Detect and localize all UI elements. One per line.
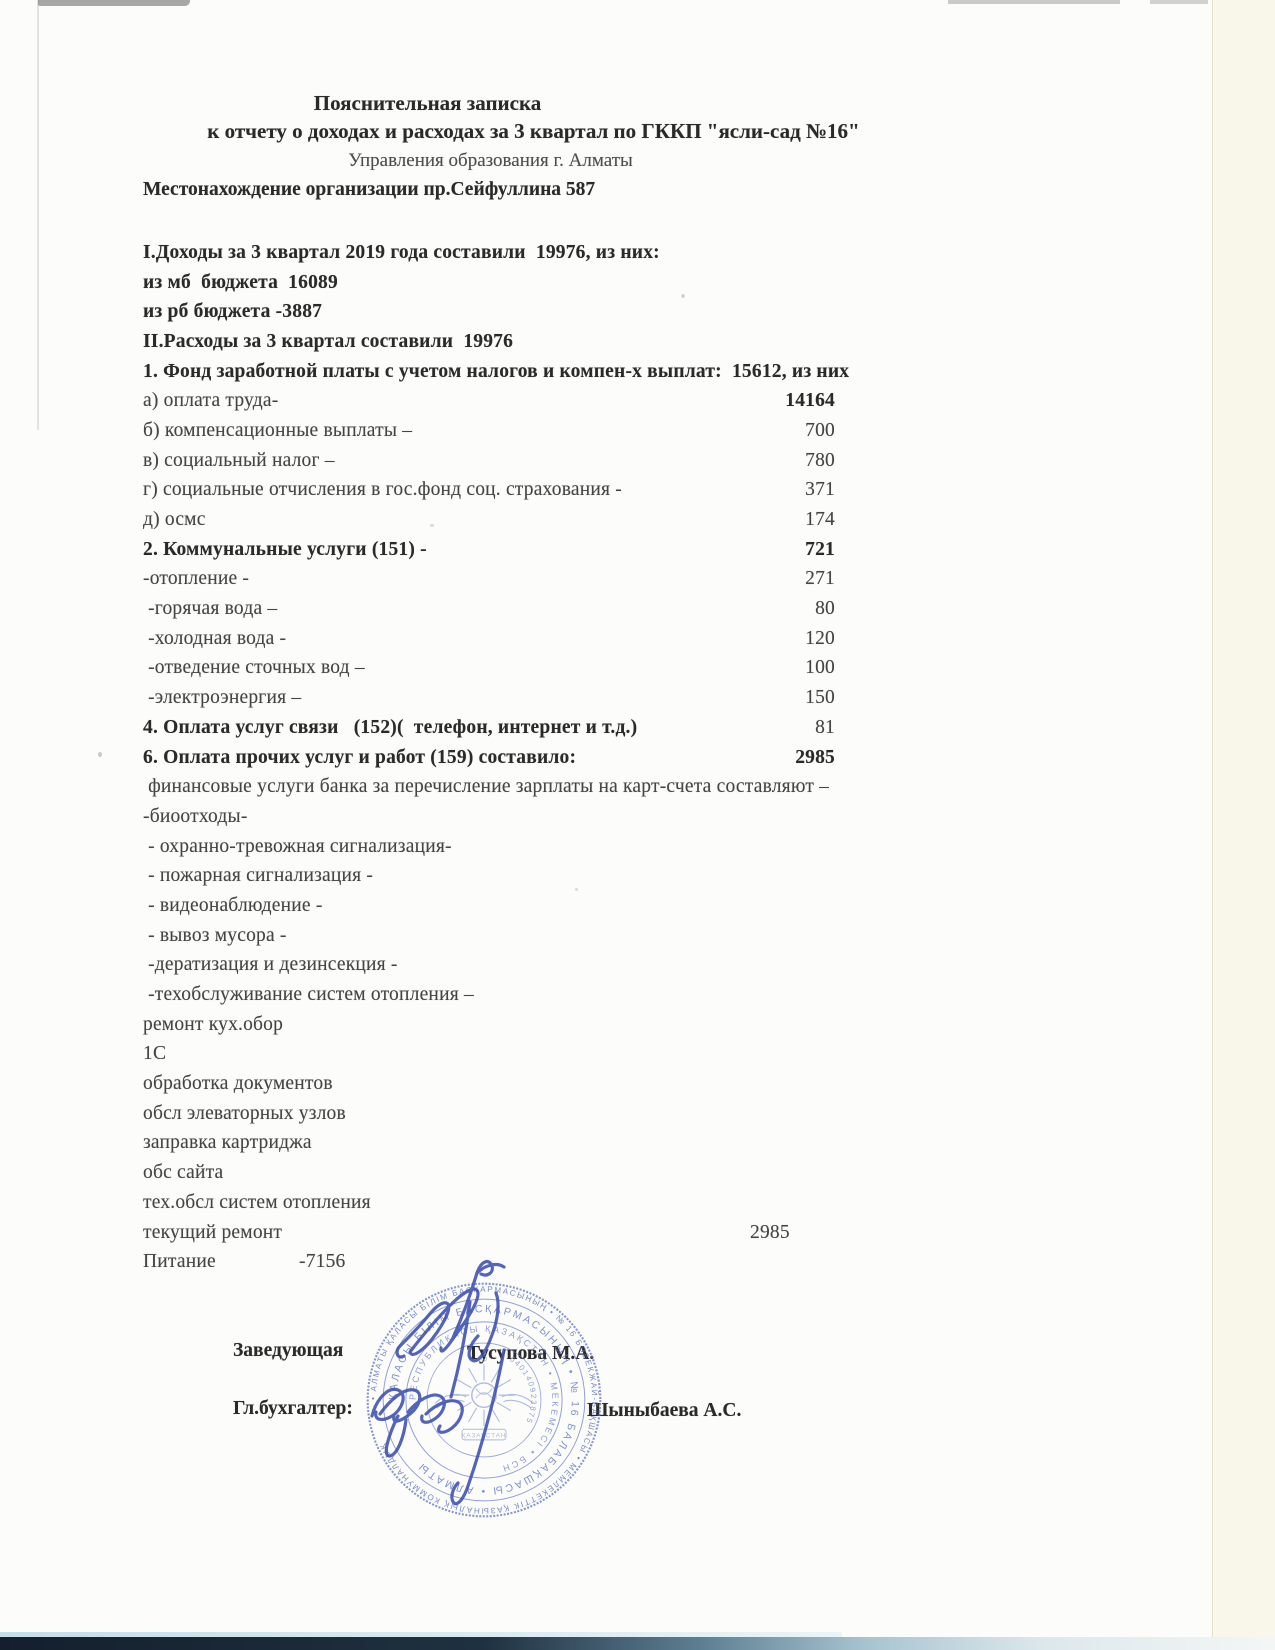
scanned-document-page: Пояснительная записка к отчету о доходах…: [0, 0, 1275, 1650]
stamp-banner-text: ҚАЗАҚСТАН: [462, 1432, 507, 1439]
document-subtitle: к отчету о доходах и расходах за 3 кварт…: [0, 119, 1171, 144]
line-label: II.Расходы за 3 квартал составили 19976: [143, 331, 513, 353]
scan-artifact-right-strip: [1212, 0, 1275, 1650]
line-value: 2985: [750, 1222, 790, 1244]
stamp-ring-outer-text: • АЛМАТЫ ҚАЛАСЫ БІЛІМ БАСҚАРМАСЫНЫҢ • № …: [369, 1285, 601, 1515]
scan-artifact-top-smudge: [948, 0, 1120, 4]
report-line: - вывоз мусора -: [143, 921, 835, 951]
line-value: 81: [815, 717, 835, 739]
document-department: Управления образования г. Алматы: [0, 150, 1128, 172]
report-line: II.Расходы за 3 квартал составили 19976: [143, 327, 835, 357]
report-line: -дератизация и дезинсекция -: [143, 951, 835, 981]
report-line: 1. Фонд заработной платы с учетом налого…: [143, 357, 835, 387]
line-label: -холодная вода -: [143, 628, 286, 650]
report-line: в) социальный налог –780: [143, 446, 835, 476]
organization-location: Местонахождение организации пр.Сейфуллин…: [143, 179, 595, 201]
report-line: -биоотходы-: [143, 802, 835, 832]
line-value: 120: [805, 628, 835, 650]
report-line: тех.обсл систем отопления: [143, 1188, 835, 1218]
line-label: тех.обсл систем отопления: [143, 1192, 371, 1214]
accountant-role-label: Гл.бухгалтер:: [233, 1398, 353, 1420]
line-label: - видеонаблюдение -: [143, 895, 323, 917]
line-label: текущий ремонт: [143, 1222, 282, 1244]
report-line: -отопление -271: [143, 565, 835, 595]
report-line: обработка документов: [143, 1069, 835, 1099]
line-label: обработка документов: [143, 1073, 333, 1095]
line-value: -7156: [299, 1251, 346, 1273]
line-label: - охранно-тревожная сигнализация-: [143, 836, 452, 858]
line-label: 1С: [143, 1043, 166, 1065]
report-line: текущий ремонт2985: [143, 1218, 835, 1248]
report-line: -техобслуживание систем отопления –: [143, 980, 835, 1010]
line-label: -отведение сточных вод –: [143, 657, 365, 679]
accountant-name: Шыныбаева А.С.: [587, 1400, 741, 1422]
line-label: 1. Фонд заработной платы с учетом налого…: [143, 361, 849, 383]
line-value: 780: [805, 450, 835, 472]
report-line: - охранно-тревожная сигнализация-: [143, 832, 835, 862]
line-label: д) осмс: [143, 509, 206, 531]
report-line: Питание-7156: [143, 1247, 835, 1277]
report-line: обс сайта: [143, 1158, 835, 1188]
report-line: заправка картриджа: [143, 1129, 835, 1159]
scan-artifact-top-smudge: [1150, 0, 1208, 4]
line-label: заправка картриджа: [143, 1132, 312, 1154]
line-label: 4. Оплата услуг связи (152)( телефон, ин…: [143, 717, 637, 739]
report-line: -холодная вода -120: [143, 624, 835, 654]
report-body: I.Доходы за 3 квартал 2019 года составил…: [143, 238, 835, 1277]
line-value: 371: [805, 479, 835, 501]
stamp-bin-number: 040140923875: [508, 1354, 538, 1425]
line-label: Питание: [143, 1251, 216, 1273]
report-line: а) оплата труда-14164: [143, 386, 835, 416]
scan-artifact-top-smudge: [38, 0, 190, 6]
line-label: - пожарная сигнализация -: [143, 865, 373, 887]
report-line: 2. Коммунальные услуги (151) -721: [143, 535, 835, 565]
line-label: финансовые услуги банка за перечисление …: [143, 776, 829, 798]
report-line: ремонт кух.обор: [143, 1010, 835, 1040]
report-line: г) социальные отчисления в гос.фонд соц.…: [143, 476, 835, 506]
line-label: обс сайта: [143, 1162, 223, 1184]
line-label: из мб бюджета 16089: [143, 272, 338, 294]
line-value: 100: [805, 657, 835, 679]
report-line: финансовые услуги банка за перечисление …: [143, 772, 835, 802]
scan-speck: [98, 752, 102, 757]
line-label: г) социальные отчисления в гос.фонд соц.…: [143, 479, 622, 501]
report-line: из мб бюджета 16089: [143, 268, 835, 298]
line-label: -дератизация и дезинсекция -: [143, 954, 398, 976]
line-value: 700: [805, 420, 835, 442]
line-label: ремонт кух.обор: [143, 1014, 283, 1036]
report-line: 1С: [143, 1040, 835, 1070]
report-line: -отведение сточных вод –100: [143, 654, 835, 684]
line-label: -техобслуживание систем отопления –: [143, 984, 474, 1006]
line-label: -биоотходы-: [143, 806, 248, 828]
report-line: I.Доходы за 3 квартал 2019 года составил…: [143, 238, 835, 268]
line-label: -электроэнергия –: [143, 687, 301, 709]
report-line: 6. Оплата прочих услуг и работ (159) сос…: [143, 743, 835, 773]
line-label: - вывоз мусора -: [143, 925, 287, 947]
report-line: -горячая вода –80: [143, 594, 835, 624]
svg-text:• АЛМАТЫ ҚАЛАСЫ БІЛІМ БАСҚАРМА: • АЛМАТЫ ҚАЛАСЫ БІЛІМ БАСҚАРМАСЫНЫҢ • № …: [369, 1285, 601, 1515]
official-round-stamp: • АЛМАТЫ ҚАЛАСЫ БІЛІМ БАСҚАРМАСЫНЫҢ • № …: [362, 1278, 606, 1522]
line-label: -отопление -: [143, 568, 249, 590]
line-label: а) оплата труда-: [143, 390, 278, 412]
line-value: 80: [815, 598, 835, 620]
svg-text:040140923875: 040140923875: [508, 1354, 538, 1425]
report-line: -электроэнергия –150: [143, 683, 835, 713]
scan-artifact-bottom-band: [0, 1637, 1275, 1650]
director-role-label: Заведующая: [233, 1340, 343, 1362]
line-label: в) социальный налог –: [143, 450, 335, 472]
line-label: 2. Коммунальные услуги (151) -: [143, 539, 427, 561]
report-line: д) осмс174: [143, 505, 835, 535]
line-value: 150: [805, 687, 835, 709]
document-title: Пояснительная записка: [0, 91, 1065, 116]
line-label: I.Доходы за 3 квартал 2019 года составил…: [143, 242, 660, 264]
report-line: 4. Оплата услуг связи (152)( телефон, ин…: [143, 713, 835, 743]
line-value: 174: [805, 509, 835, 531]
report-line: б) компенсационные выплаты –700: [143, 416, 835, 446]
line-label: 6. Оплата прочих услуг и работ (159) сос…: [143, 747, 576, 769]
line-value: 14164: [785, 390, 835, 412]
report-line: - видеонаблюдение -: [143, 891, 835, 921]
line-value: 721: [805, 539, 835, 561]
report-line: обсл элеваторных узлов: [143, 1099, 835, 1129]
report-line: из рб бюджета -3887: [143, 297, 835, 327]
line-label: обсл элеваторных узлов: [143, 1103, 346, 1125]
line-label: б) компенсационные выплаты –: [143, 420, 412, 442]
report-line: - пожарная сигнализация -: [143, 861, 835, 891]
line-label: -горячая вода –: [143, 598, 277, 620]
line-value: 2985: [795, 747, 835, 769]
line-label: из рб бюджета -3887: [143, 301, 322, 323]
line-value: 271: [805, 568, 835, 590]
scan-artifact-left-line: [37, 0, 39, 430]
